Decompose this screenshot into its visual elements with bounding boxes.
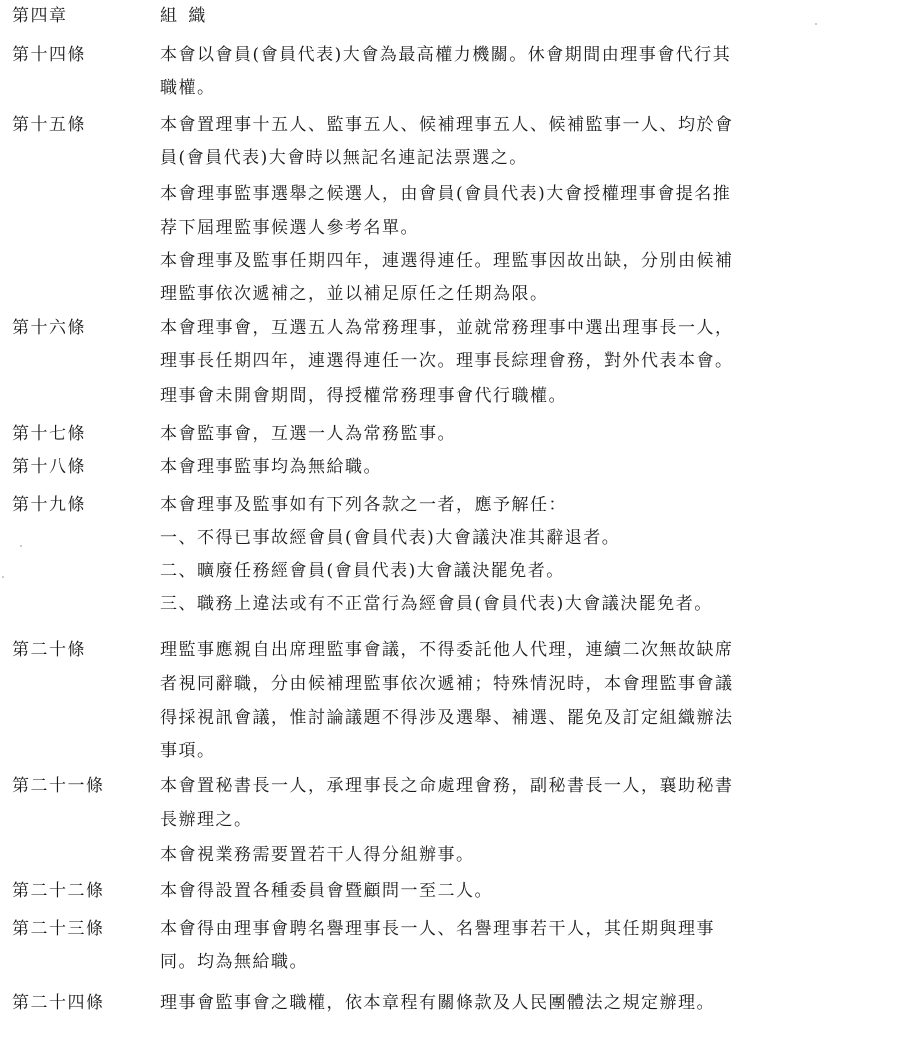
article-text: 職權。 [160, 78, 216, 98]
article-text: 本會得設置各種委員會暨顧問一至二人。 [160, 881, 493, 901]
article-text: 理監事應親自出席理監事會議，不得委託他人代理，連續二次無故缺席 [160, 640, 734, 660]
article-text: 荐下屆理監事候選人參考名單。 [160, 218, 419, 238]
article-text: 事項。 [160, 741, 216, 761]
article-text: 得採視訊會議，惟討論議題不得涉及選舉、補選、罷免及訂定組織辦法 [160, 708, 734, 728]
article-label: 第十八條 [12, 457, 86, 477]
scan-speck [815, 23, 817, 25]
article-text: 員(會員代表)大會時以無記名連記法票選之。 [160, 148, 528, 168]
article-text: 三、職務上違法或有不正當行為經會員(會員代表)大會議決罷免者。 [160, 594, 713, 614]
article-text: 長辦理之。 [160, 810, 253, 830]
article-text: 本會置秘書長一人，承理事長之命處理會務，副秘書長一人，襄助秘書 [160, 776, 734, 796]
article-text: 本會理事監事均為無給職。 [160, 457, 382, 477]
article-label: 第十四條 [12, 45, 86, 65]
chapter-label: 第四章 [12, 6, 68, 26]
article-text: 本會理事會，互選五人為常務理事，並就常務理事中選出理事長一人， [160, 318, 734, 338]
scan-speck [2, 576, 4, 578]
article-text: 本會得由理事會聘名譽理事長一人、名譽理事若干人，其任期與理事 [160, 919, 715, 939]
article-text: 理事會未開會期間，得授權常務理事會代行職權。 [160, 386, 567, 406]
article-text: 本會理事及監事任期四年，連選得連任。理監事因故出缺，分別由候補 [160, 251, 734, 271]
article-text: 同。均為無給職。 [160, 952, 308, 972]
chapter-title: 組 織 [160, 6, 208, 26]
article-label: 第二十四條 [12, 993, 105, 1013]
article-label: 第十五條 [12, 115, 86, 135]
article-text: 理事長任期四年，連選得連任一次。理事長綜理會務，對外代表本會。 [160, 351, 734, 371]
article-text: 本會監事會，互選一人為常務監事。 [160, 424, 456, 444]
article-label: 第十七條 [12, 424, 86, 444]
article-text: 本會視業務需要置若干人得分組辦事。 [160, 845, 475, 865]
article-text: 本會以會員(會員代表)大會為最高權力機關。休會期間由理事會代行其 [160, 45, 731, 65]
article-text: 理監事依次遞補之，並以補足原任之任期為限。 [160, 284, 549, 304]
article-text: 二、曠廢任務經會員(會員代表)大會議決罷免者。 [160, 561, 565, 581]
article-text: 者視同辭職，分由候補理監事依次遞補；特殊情況時，本會理監事會議 [160, 674, 734, 694]
article-label: 第二十二條 [12, 881, 105, 901]
article-label: 第二十條 [12, 640, 86, 660]
article-label: 第十六條 [12, 318, 86, 338]
article-text: 本會置理事十五人、監事五人、候補理事五人、候補監事一人、均於會 [160, 115, 734, 135]
scan-speck [20, 545, 22, 547]
article-text: 一、不得已事故經會員(會員代表)大會議決准其辭退者。 [160, 528, 620, 548]
article-text: 理事會監事會之職權，依本章程有關條款及人民團體法之規定辦理。 [160, 993, 715, 1013]
article-label: 第二十三條 [12, 919, 105, 939]
article-text: 本會理事監事選舉之候選人，由會員(會員代表)大會授權理事會提名推 [160, 184, 731, 204]
article-text: 本會理事及監事如有下列各款之一者，應予解任： [160, 495, 567, 515]
article-label: 第十九條 [12, 495, 86, 515]
article-label: 第二十一條 [12, 776, 105, 796]
